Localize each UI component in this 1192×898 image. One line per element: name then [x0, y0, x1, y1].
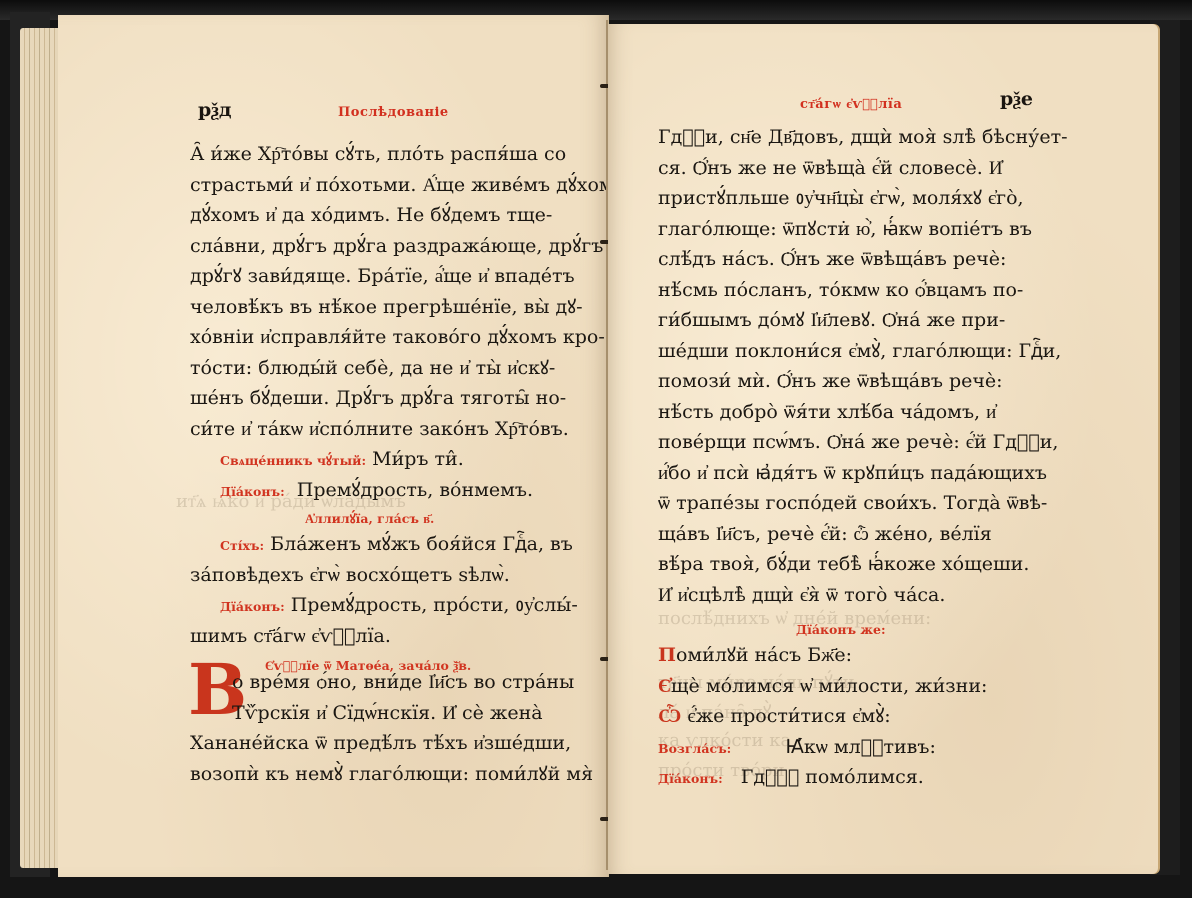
text-line: си́те и҆ та́кѡ и҆спо́лните зако́нъ Хр҇то… — [190, 414, 590, 445]
litany-text: є҆́же прости́тися є҆мꙋ̀: — [688, 705, 891, 727]
text-line: о вре́мя ѻ́но, вни́де І҆и҃съ во стра́ны — [190, 667, 600, 698]
text-line: сла́вни, дрꙋ́гъ дрꙋ́га раздража́юще, дрꙋ… — [190, 231, 590, 262]
exclamation-line: Возгла́съ: Ꙗ҆́кѡ млⷭ҇тивъ: — [658, 732, 1088, 763]
text-line: вѣ́ра твоя̀, бꙋ́ди тебѣ̀ ꙗ҆́коже хо́щеши… — [658, 549, 1058, 580]
alleluia-heading: А҆ллилꙋ́їа, гла́съ в҃. — [305, 511, 434, 526]
red-initial: Є҆ — [658, 675, 671, 697]
text-line: ше́нъ бꙋ́деши. Дрꙋ́гъ дрꙋ́га тяготы̑ но- — [190, 383, 590, 414]
exclamation-text: Ꙗ҆́кѡ млⷭ҇тивъ: — [737, 736, 936, 758]
right-running-head: ст҃а́гѡ є҆ѵⷢ҇лїа — [800, 96, 902, 112]
deacon-line: Дїа́конъ: Премꙋ́дрость, про́сти, ᲂу҆слы́… — [190, 590, 590, 621]
text-line: ше́дши поклони́ся є҆мꙋ̀, глаго́лющи: Гдⷭ… — [658, 336, 1058, 367]
text-line: А̑ и́же Хр҇то́вы сꙋ́ть, пло́ть распя́ша … — [190, 139, 590, 170]
text-line: пристꙋ́пльше ᲂу҆чн҃цы̀ є҆гѡ̀, моля́хꙋ є҆… — [658, 183, 1058, 214]
text-line: помози́ мѝ. Ѻ҆́нъ же ѿвѣща́въ речѐ: — [658, 366, 1058, 397]
left-folio-number: рѯд — [198, 99, 232, 122]
litany-line: Поми́лꙋй на́съ Бж҃е: — [658, 640, 1088, 671]
left-running-head: Послѣдованіе — [338, 105, 449, 120]
text-line: ся. Ѻ҆́нъ же не ѿвѣща̀ є҆́й словесѐ. И҆ — [658, 153, 1058, 184]
text-line: пове́рщи псѡ́мъ. Ѻ҆на́ же речѐ: є҆́й Гдⷭ… — [658, 427, 1058, 458]
red-initial: П — [658, 644, 676, 666]
text-line: нѣ́смь по́сланъ, то́кмѡ ко ѻ҆́вцамъ по- — [658, 275, 1058, 306]
red-initial: Ѽ — [658, 705, 682, 727]
text-line: ща́въ І҆и҃съ, речѐ є҆́й: ѽ же́но, ве́лїя — [658, 519, 1058, 550]
text-line: слѣ́дъ на́съ. Ѻ҆́нъ же ѿвѣща́въ речѐ: — [658, 244, 1058, 275]
right-page: ст҃а́гѡ є҆ѵⷢ҇лїа рѯе послѣ́днихъ ѡ҆ дне́… — [608, 24, 1158, 874]
litany-line: Є҆щѐ мо́лимся ѡ҆ ми́лости, жи́зни: — [658, 671, 1088, 702]
right-folio-number: рѯе — [1000, 88, 1033, 111]
deacon-heading: Дїа́конъ же: — [796, 622, 886, 637]
rubric-speaker: Дїа́конъ: — [658, 771, 723, 786]
text-line: человѣ́къ въ нѣ́кое прегрѣше́нїе, вы̀ дꙋ… — [190, 292, 590, 323]
verse-text: Бла́женъ мꙋ́жъ боя́йся Гдⷭ҇а, въ — [270, 533, 573, 555]
rubric-speaker: Возгла́съ: — [658, 741, 731, 756]
text-line: И҆ и҆сцѣлѣ̀ дщѝ є҆я̀ ѿ того̀ ча́са. — [658, 580, 1058, 611]
left-body-text: А̑ и́же Хр҇то́вы сꙋ́ть, пло́ть распя́ша … — [190, 139, 590, 677]
dialogue-text: Премꙋ́дрость, во́нмемъ. — [297, 479, 533, 501]
text-line: дрꙋ́гꙋ зави́дяще. Бра́тїе, а҆́ще и҆ впад… — [190, 261, 590, 292]
text-line: Тѷ́рскїя и҆ Сїдѡ́нскїя. И҆ сѐ жена̀ — [190, 698, 600, 729]
final-text: Гдⷭ҇ꙋ помо́лимся. — [729, 766, 924, 788]
dialogue-text: Ми́ръ ти̂. — [372, 448, 464, 470]
text-line: хо́вніи и҆справля́йте таково́го дꙋ́хомъ … — [190, 322, 590, 353]
right-body-text: Гдⷭ҇и, сн҃е Дв҃довъ, дщѝ моя̀ ѕлѣ̀ бѣсну… — [658, 122, 1058, 610]
rubric-speaker: Дїа́конъ: — [220, 599, 285, 614]
gospel-text: о вре́мя ѻ́но, вни́де І҆и҃съ во стра́ны … — [190, 667, 600, 789]
text-line: ѿ трапе́зы госпо́дей свои́хъ. Тогда̀ ѿвѣ… — [658, 488, 1058, 519]
litany-line: Ѽ є҆́же прости́тися є҆мꙋ̀: — [658, 701, 1088, 732]
verse-line: Сті́хъ: Бла́женъ мꙋ́жъ боя́йся Гдⷭ҇а, въ — [190, 529, 590, 560]
text-line: Гдⷭ҇и, сн҃е Дв҃довъ, дщѝ моя̀ ѕлѣ̀ бѣсну… — [658, 122, 1058, 153]
text-line: и҆́бо и҆ псѝ ꙗ҆дя́тъ ѿ крꙋпи́цъ пада́ющи… — [658, 458, 1058, 489]
deacon-heading-line: Дїа́конъ же: — [658, 616, 1088, 640]
text-line: глаго́люще: ѿпꙋсти̇ ю҆̀, ꙗ҆́кѡ вопіе́тъ … — [658, 214, 1058, 245]
litany-text: оми́лꙋй на́съ Бж҃е: — [676, 644, 852, 666]
final-line: Дїа́конъ: Гдⷭ҇ꙋ помо́лимся. — [658, 762, 1088, 793]
verse-line: за́повѣдехъ є҆гѡ̀ восхо́щетъ ѕѣлѡ̀. — [190, 560, 590, 591]
text-line: возопѝ къ немꙋ̀ глаго́лющи: поми́лꙋй мя̀ — [190, 759, 600, 790]
rubric-speaker: Дїа́конъ: — [220, 484, 285, 499]
text-line: дꙋ́хомъ и҆ да хо́димъ. Не бꙋ́демъ тще- — [190, 200, 590, 231]
text-line: нѣ́сть добро̀ ѿя́ти хлѣ́ба ча́домъ, и҆ — [658, 397, 1058, 428]
dialogue-line: Дїа́конъ: Премꙋ́дрость, во́нмемъ. — [190, 475, 590, 506]
dialogue-line: Свѧще́нникъ чꙋ́тый: Ми́ръ ти̂. — [190, 444, 590, 475]
text-line: Ханане́йска ѿ предѣ́лъ тѣ́хъ и҆зше́дши, — [190, 728, 600, 759]
text-line: то́сти: блюды́й себѐ, да не и҆ ты̀ и҆скꙋ… — [190, 353, 590, 384]
deacon-text: Премꙋ́дрость, про́сти, ᲂу҆слы́- — [291, 594, 578, 616]
litany-block: Дїа́конъ же: Поми́лꙋй на́съ Бж҃е: Є҆щѐ м… — [658, 616, 1088, 793]
left-page: рѯд Послѣдованіе ит҃ѧ ѩ҆ко и҆ ра́ди ѡ҆ла… — [58, 15, 609, 877]
text-line: страстьми́ и҆ по́хотьми. А҆́ще живе́мъ д… — [190, 170, 590, 201]
deacon-line: шимъ ст҃а́гѡ є҆ѵⷢ҇лїа. — [190, 621, 590, 652]
alleluia-heading-line: А҆ллилꙋ́їа, гла́съ в҃. — [190, 505, 590, 529]
litany-text: щѐ мо́лимся ѡ҆ ми́лости, жи́зни: — [671, 675, 988, 697]
rubric-speaker: Сті́хъ: — [220, 538, 264, 553]
text-line: ги́бшымъ до́мꙋ І҆и҃левꙋ. Ѻ҆на́ же при- — [658, 305, 1058, 336]
rubric-speaker: Свѧще́нникъ чꙋ́тый: — [220, 453, 366, 468]
